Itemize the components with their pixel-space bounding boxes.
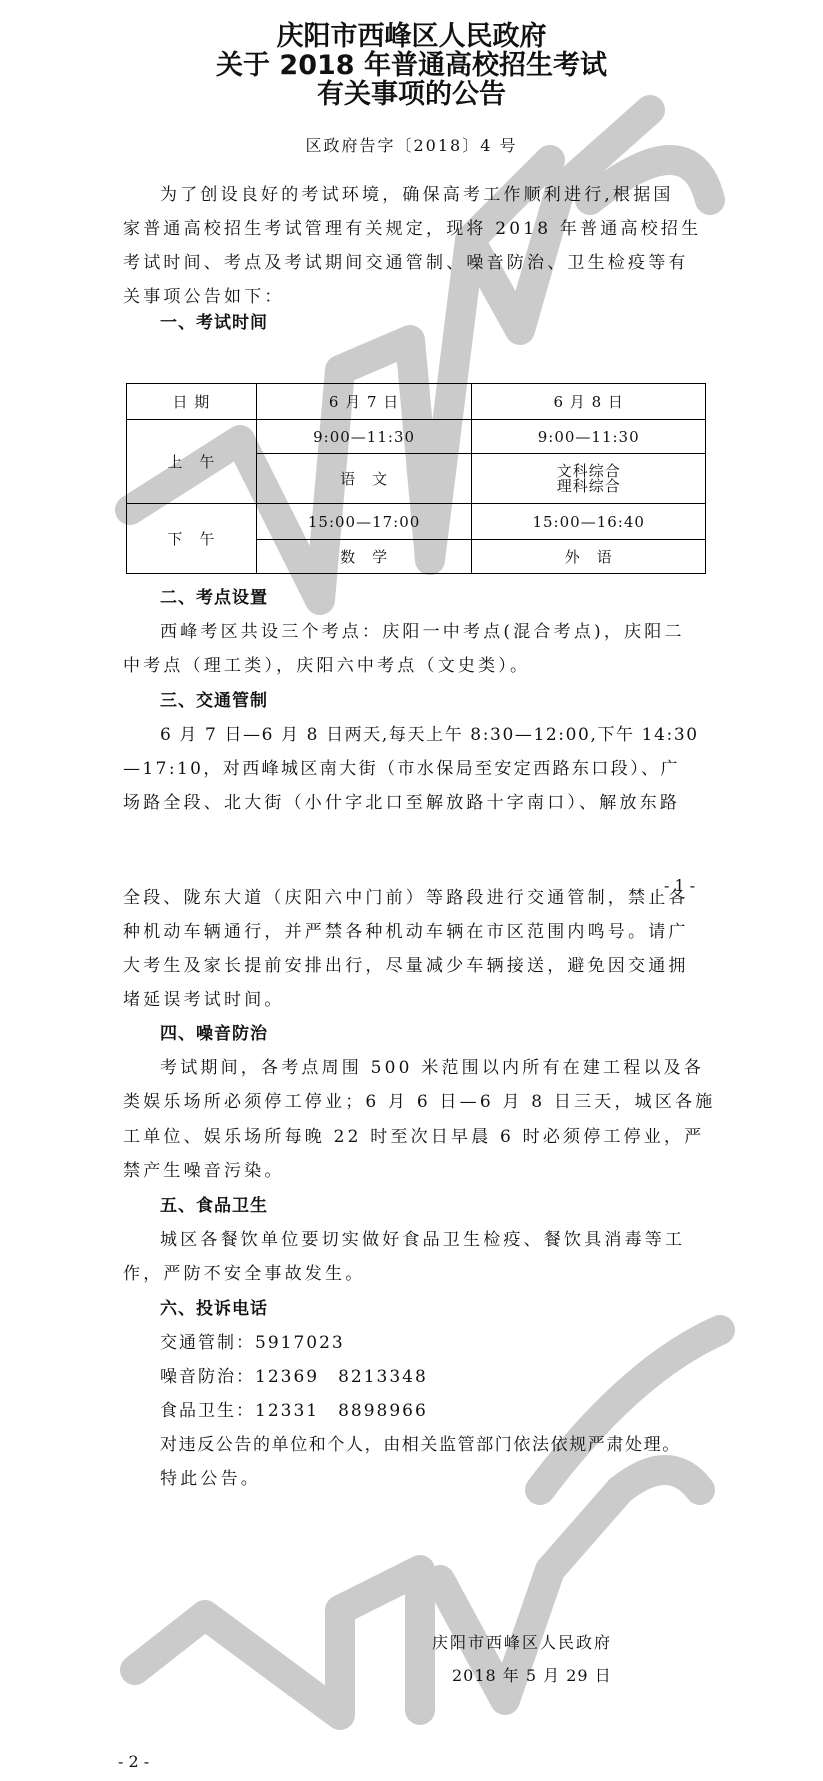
section-heading-exam-sites: 二、考点设置	[160, 587, 268, 609]
morning-day2-time: 9:00—11:30	[472, 420, 706, 454]
afternoon-day1-time: 15:00—17:00	[256, 504, 472, 540]
body-line: 特此公告。	[160, 1468, 261, 1490]
body-line: 作，严防不安全事故发生。	[123, 1263, 365, 1285]
body-line: 6 月 7 日—6 月 8 日两天,每天上午 8:30—12:00,下午 14:…	[160, 724, 699, 746]
phone-noise: 噪音防治：12369 8213348	[160, 1366, 428, 1388]
phone-food: 食品卫生：12331 8898966	[160, 1400, 428, 1422]
section-heading-exam-time: 一、考试时间	[160, 312, 268, 334]
morning-day1-time: 9:00—11:30	[256, 420, 472, 454]
page-number-2: - 2 -	[118, 1752, 149, 1771]
morning-day2-subject-line2: 理科综合	[472, 479, 705, 494]
afternoon-day2-time: 15:00—16:40	[472, 504, 706, 540]
phone-traffic: 交通管制：5917023	[160, 1332, 345, 1354]
title-line-1: 庆阳市西峰区人民政府	[0, 22, 823, 52]
title-line-2: 关于 2018 年普通高校招生考试	[0, 51, 823, 81]
morning-label: 上 午	[127, 420, 257, 504]
signature-org: 庆阳市西峰区人民政府	[432, 1630, 612, 1653]
section-heading-noise-control: 四、噪音防治	[160, 1023, 268, 1045]
title-line-3: 有关事项的公告	[0, 80, 823, 110]
header-date-label: 日 期	[127, 384, 257, 420]
afternoon-day2-subject: 外 语	[472, 540, 706, 574]
afternoon-label: 下 午	[127, 504, 257, 574]
body-line: 对违反公告的单位和个人，由相关监管部门依法依规严肃处理。	[160, 1434, 681, 1456]
body-line: 全段、陇东大道（庆阳六中门前）等路段进行交通管制，禁止各	[123, 887, 689, 909]
body-line: 大考生及家长提前安排出行，尽量减少车辆接送，避免因交通拥	[123, 955, 689, 977]
exam-schedule-table: 日 期 6 月 7 日 6 月 8 日 上 午 9:00—11:30 9:00—…	[126, 383, 706, 574]
body-line: 工单位、娱乐场所每晚 22 时至次日早晨 6 时必须停工停业，严	[123, 1126, 704, 1148]
body-line: 场路全段、北大街（小什字北口至解放路十字南口）、解放东路	[123, 792, 680, 814]
body-line: 类娱乐场所必须停工停业；6 月 6 日—6 月 8 日三天，城区各施	[123, 1091, 716, 1113]
signature-date: 2018 年 5 月 29 日	[452, 1663, 612, 1686]
body-line: 中考点（理工类），庆阳六中考点（文史类）。	[123, 655, 530, 677]
intro-line: 关事项公告如下：	[123, 286, 285, 308]
table-row-header: 日 期 6 月 7 日 6 月 8 日	[127, 384, 706, 420]
body-line: 西峰考区共设三个考点：庆阳一中考点(混合考点)，庆阳二	[160, 621, 685, 643]
section-heading-traffic-control: 三、交通管制	[160, 690, 268, 712]
intro-line: 为了创设良好的考试环境，确保高考工作顺利进行,根据国	[160, 184, 674, 206]
header-day2: 6 月 8 日	[472, 384, 706, 420]
morning-day1-subject: 语 文	[256, 454, 472, 504]
body-line: —17:10，对西峰城区南大街（市水保局至安定西路东口段）、广	[123, 758, 680, 780]
body-line: 城区各餐饮单位要切实做好食品卫生检疫、餐饮具消毒等工	[160, 1229, 685, 1251]
intro-line: 考试时间、考点及考试期间交通管制、噪音防治、卫生检疫等有	[123, 252, 689, 274]
body-line: 堵延误考试时间。	[123, 989, 285, 1011]
table-row-morning-time: 上 午 9:00—11:30 9:00—11:30	[127, 420, 706, 454]
section-heading-complaint-phones: 六、投诉电话	[160, 1298, 268, 1320]
body-line: 禁产生噪音污染。	[123, 1160, 285, 1182]
afternoon-day1-subject: 数 学	[256, 540, 472, 574]
header-day1: 6 月 7 日	[256, 384, 472, 420]
intro-line: 家普通高校招生考试管理有关规定，现将 2018 年普通高校招生	[123, 218, 701, 240]
section-heading-food-hygiene: 五、食品卫生	[160, 1195, 268, 1217]
table-row-afternoon-time: 下 午 15:00—17:00 15:00—16:40	[127, 504, 706, 540]
body-line: 种机动车辆通行，并严禁各种机动车辆在市区范围内鸣号。请广	[123, 921, 689, 943]
morning-day2-subject: 文科综合 理科综合	[472, 454, 706, 504]
document-number: 区政府告字〔2018〕4 号	[0, 133, 823, 156]
body-line: 考试期间，各考点周围 500 米范围以内所有在建工程以及各	[160, 1057, 704, 1079]
